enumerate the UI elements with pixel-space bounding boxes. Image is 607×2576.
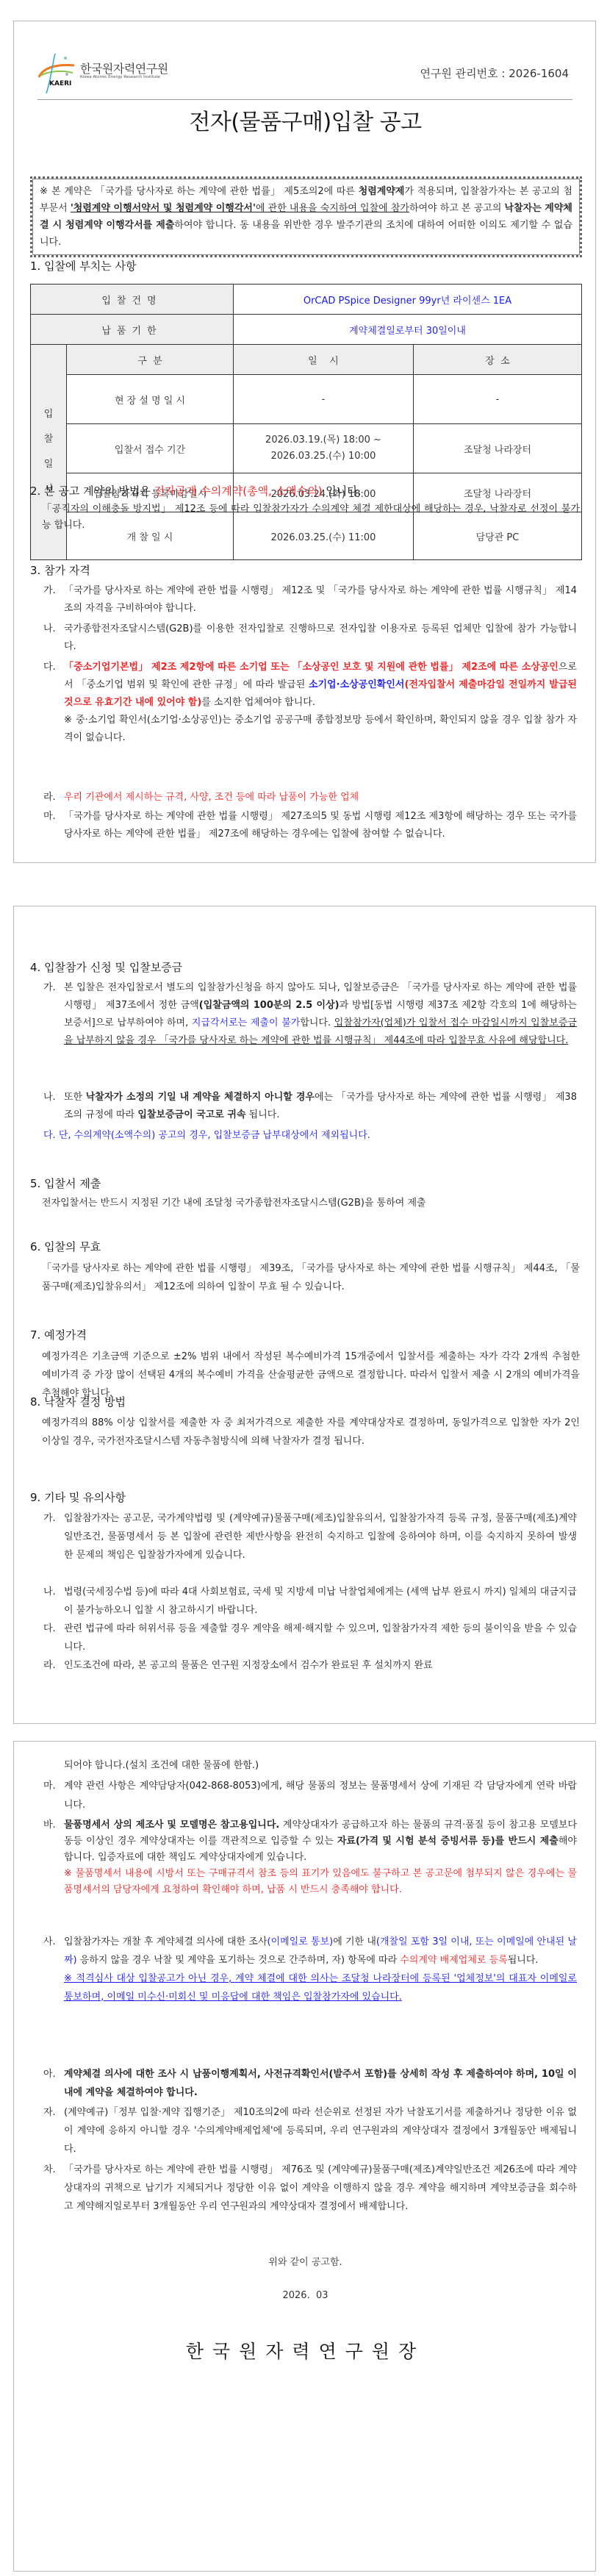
section-9-item-cha: 차. 「국가를 당사자로 하는 계약에 관한 법률 시행령」 제76조 및 (계…: [43, 2161, 577, 2216]
page-title: 전자(물품구매)입찰 공고: [14, 104, 597, 136]
closing-date: 2026. 03: [14, 2290, 597, 2301]
section-6-body: 「국가를 당사자로 하는 계약에 관한 법률 시행령」 제39조, 「국가를 당…: [42, 1259, 580, 1296]
item-marker: 바.: [43, 1817, 56, 1833]
plain-text: 됩니다.: [508, 1955, 539, 1966]
page-3: 되어야 합니다.(설치 조건에 대한 물품에 한함.) 마. 계약 관련 사항은…: [13, 1741, 596, 2572]
header-divider: [37, 99, 572, 100]
bold-text: (입찰금액의 100분의 2.5 이상): [199, 1000, 340, 1011]
plain-text: 합니다.: [300, 1017, 334, 1028]
section-8-body: 예정가격의 88% 이상 입찰서를 제출한 자 중 최저가격으로 제출한 자를 …: [42, 1414, 580, 1450]
page-1: KAERI 한국원자력연구원 Korea Atomic Energy Resea…: [13, 21, 596, 863]
section-2-heading: 2. 본 공고 계약의 방법은 전자공개 수의계약(총액, 소액수의) 입니다.: [30, 483, 361, 498]
logo-abbr: KAERI: [49, 80, 71, 87]
red-text: 수의계약 배제업체로 등록: [400, 1955, 507, 1966]
heading-text: 2. 본 공고 계약의 방법은: [30, 484, 154, 498]
section-3-item-na: 나. 국가종합전자조달시스템(G2B)를 이용한 전자입찰로 진행하므로 전자입…: [43, 620, 577, 656]
section-3-item-ma: 마. 「국가를 당사자로 하는 계약에 관한 법률 시행령」 제27조의5 및 …: [43, 808, 577, 843]
section-3-item-ra: 라. 우리 기관에서 제시하는 규격, 사양, 조건 등에 따라 납품이 가능한…: [43, 789, 577, 806]
notice-bold-text: 청렴계약제: [359, 186, 405, 197]
row-datetime-start: 2026.03.19.(목) 18:00 ~: [265, 434, 381, 446]
item-marker: 라.: [43, 1656, 56, 1675]
item-note: ※ 물품명세서 내용에 시방서 또는 구매규격서 참조 등의 표기가 있음에도 …: [64, 1866, 577, 1898]
section-4-item-da: 다. 단, 수의계약(소액수의) 공고의 경우, 입찰보증금 납부대상에서 제외…: [43, 1127, 577, 1145]
row-datetime-end: 2026.03.25.(수) 10:00: [271, 451, 376, 462]
blue-text: 지급각서로는 제출이 불가: [192, 1017, 300, 1028]
row-place: -: [414, 375, 582, 424]
row-datetime: 2026.03.19.(목) 18:00 ~ 2026.03.25.(수) 10…: [234, 424, 414, 473]
section-9-item-ja: 자. (계약예규)「정부 입찰·계약 집행기준」 제10조의2에 따라 선순위로…: [43, 2103, 577, 2158]
item-marker: 나.: [43, 620, 56, 638]
col-header-category: 구 분: [67, 345, 234, 375]
notice-text: ※ 본 계약은 「국가를 당사자로 하는 계약에 관한 법률」 제5조의2에 따…: [40, 186, 359, 197]
item-marker: 사.: [43, 1933, 56, 1951]
item-text: 본 입찰은 전자입찰로서 별도의 입찰참가신청을 하지 않아도 되나, 입찰보증…: [64, 979, 577, 1050]
plain-text: 또한: [64, 1092, 86, 1103]
plain-text: 입찰참가자는 개찰 후 계약체결 의사에 대한 조사: [64, 1936, 267, 1947]
plain-text: 응하지 않을 경우 낙찰 및 계약을 포기하는 것으로 간주하며, 자) 항목에…: [77, 1955, 401, 1966]
page-2: 4. 입찰참가 신청 및 입찰보증금 가. 본 입찰은 전자입찰로서 별도의 입…: [13, 906, 596, 1724]
item-text: 다. 단, 수의계약(소액수의) 공고의 경우, 입찰보증금 납부대상에서 제외…: [43, 1127, 577, 1145]
notice-underlined-text: 에 관한 내용을 숙지하여 입찰에 참가: [256, 203, 409, 214]
logo-korean-name: 한국원자력연구원: [80, 60, 168, 76]
item-marker: 다.: [43, 1620, 56, 1638]
section-9-item-a: 아. 계약체결 의사에 대한 조사 시 납품이행계획서, 사전규격확인서(발주서…: [43, 2065, 577, 2102]
item-text: 법령(국세징수법 등)에 따라 4대 사회보험료, 국세 및 지방세 미납 낙찰…: [64, 1583, 577, 1620]
item-text: 우리 기관에서 제시하는 규격, 사양, 조건 등에 따라 납품이 가능한 업체: [64, 789, 577, 806]
item-text: (계약예규)「정부 입찰·계약 집행기준」 제10조의2에 따라 선순위로 선정…: [64, 2103, 577, 2158]
row-category: 입찰서 접수 기간: [67, 424, 234, 473]
blue-text: 단, 수의계약(소액수의) 공고의 경우, 입찰보증금 납부대상에서 제외됩니다…: [59, 1130, 370, 1141]
side-char: 입: [44, 409, 54, 420]
col-header-datetime: 일 시: [234, 345, 414, 375]
section-3-heading: 3. 참가 자격: [30, 562, 90, 578]
section-3-item-ga: 가. 「국가를 당사자로 하는 계약에 관한 법률 시행령」 제12조 및 「국…: [43, 582, 577, 618]
item-marker: 아.: [43, 2065, 56, 2083]
item-marker: 나.: [43, 1583, 56, 1601]
bid-name-label: 입찰건명: [31, 285, 234, 315]
side-char: 일: [44, 459, 54, 470]
item-marker: 가.: [43, 582, 56, 600]
section-9-item-da: 다. 관련 법규에 따라 허위서류 등을 제출할 경우 계약을 해제·해지할 수…: [43, 1620, 577, 1656]
item-marker: 마.: [43, 1777, 56, 1796]
section-9-item-na: 나. 법령(국세징수법 등)에 따라 4대 사회보험료, 국세 및 지방세 미납…: [43, 1583, 577, 1620]
section-6-heading: 6. 입찰의 무효: [30, 1239, 101, 1254]
item-marker: 차.: [43, 2161, 56, 2179]
section-4-item-na: 나. 또한 낙찰자가 소정의 기일 내 계약을 체결하지 아니할 경우에는 「국…: [43, 1089, 577, 1124]
item-note: ※ 중·소기업 확인서(소기업·소상공인)는 중소기업 공공구매 종합정보망 등…: [64, 712, 577, 747]
section-1-heading: 1. 입찰에 부치는 사항: [30, 258, 137, 273]
section-4-item-ga: 가. 본 입찰은 전자입찰로서 별도의 입찰참가신청을 하지 않아도 되나, 입…: [43, 979, 577, 1050]
item-text: 입찰참가자는 공고문, 국가계약법령 및 (계약예규)물품구매(제조)입찰유의서…: [64, 1509, 577, 1564]
delivery-deadline-label: 납품기한: [31, 315, 234, 345]
item-text: 「국가를 당사자로 하는 계약에 관한 법률 시행령」 제27조의5 및 동법 …: [64, 808, 577, 843]
red-text: 「중소기업기본법」 제2조 제2항에 따른 소기업 또는 「소상공인 보호 및 …: [64, 662, 558, 673]
row-place: 조달청 나라장터: [414, 424, 582, 473]
item-marker: 가.: [43, 979, 56, 997]
section-9-heading: 9. 기타 및 유의사항: [30, 1489, 126, 1505]
bold-text: 입찰보증금이 국고로 귀속: [137, 1109, 245, 1120]
table-row: 현 장 설 명 일 시 - -: [31, 375, 582, 424]
row-datetime: -: [234, 375, 414, 424]
section-9-item-ra-continued: 되어야 합니다.(설치 조건에 대한 물품에 한함.): [43, 1756, 577, 1775]
heading-text: 입니다.: [322, 484, 361, 498]
bold-text: 낙찰자가 소정의 기일 내 계약을 체결하지 아니할 경우: [86, 1092, 315, 1103]
item-marker: 마.: [43, 808, 56, 826]
item-text: 「중소기업기본법」 제2조 제2항에 따른 소기업 또는 「소상공인 보호 및 …: [64, 659, 577, 712]
blue-text: (이메일로 통보): [267, 1936, 334, 1947]
item-text: 인도조건에 따라, 본 공고의 물품은 연구원 지정장소에서 검수가 완료된 후…: [64, 1656, 577, 1675]
logo-english-name: Korea Atomic Energy Research Institute: [80, 75, 160, 79]
delivery-deadline-value: 계약체결일로부터 30일이내: [234, 315, 582, 345]
section-2-body: 「공직자의 이해충돌 방지법」 제12조 등에 따라 입찰참가자가 수의계약 체…: [42, 501, 580, 534]
section-4-heading: 4. 입찰참가 신청 및 입찰보증금: [30, 959, 182, 975]
item-text: 계약체결 의사에 대한 조사 시 납품이행계획서, 사전규격확인서(발주서 포함…: [64, 2065, 577, 2102]
item-marker: 다.: [43, 659, 56, 676]
item-marker: 다.: [43, 1130, 56, 1141]
item-text: 되어야 합니다.(설치 조건에 대한 물품에 한함.): [64, 1756, 577, 1775]
item-text: 「국가를 당사자로 하는 계약에 관한 법률 시행령」 제12조 및 「국가를 …: [64, 582, 577, 618]
plain-text: 됩니다.: [246, 1109, 280, 1120]
integrity-contract-notice: ※ 본 계약은 「국가를 당사자로 하는 계약에 관한 법률」 제5조의2에 따…: [30, 176, 582, 257]
item-marker: 라.: [43, 789, 56, 806]
section-3-item-da: 다. 「중소기업기본법」 제2조 제2항에 따른 소기업 또는 「소상공인 보호…: [43, 659, 577, 747]
plain-text: 를 소지한 업체여야 합니다.: [201, 697, 315, 708]
kaeri-logo: KAERI 한국원자력연구원 Korea Atomic Energy Resea…: [36, 51, 190, 95]
closing-statement: 위와 같이 공고함.: [14, 2254, 597, 2268]
item-text: 물품명세서 상의 제조사 및 모델명은 참고용입니다. 계약상대자가 공급하고자…: [64, 1817, 577, 1866]
blue-text: 소기업·소상공인확인서: [309, 679, 405, 690]
signatory-organization: 한국원자력연구원장: [14, 2337, 597, 2364]
atom-logo-icon: [36, 51, 77, 95]
notice-text: 하여야 하고 본 공고의: [409, 203, 505, 214]
item-marker: 가.: [43, 1509, 56, 1528]
section-5-heading: 5. 입찰서 제출: [30, 1176, 101, 1191]
heading-red-text: 전자공개 수의계약(총액, 소액수의): [154, 484, 323, 498]
bold-text: 자료(가격 및 시험 분석 증빙서류 등)를 반드시 제출: [337, 1836, 558, 1847]
table-row: 입찰서 접수 기간 2026.03.19.(목) 18:00 ~ 2026.03…: [31, 424, 582, 473]
bid-name-value: OrCAD PSpice Designer 99yr년 라이센스 1EA: [234, 285, 582, 315]
plain-text: 에 기한 내: [333, 1936, 376, 1947]
row-category: 현 장 설 명 일 시: [67, 375, 234, 424]
item-note: ※ 적격심사 대상 입찰공고가 아닌 경우, 계약 체결에 대한 의사는 조달청…: [64, 1969, 577, 2006]
section-7-heading: 7. 예정가격: [30, 1327, 87, 1342]
bold-text: 물품명세서 상의 제조사 및 모델명은 참고용입니다.: [64, 1820, 279, 1831]
item-text: 또한 낙찰자가 소정의 기일 내 계약을 체결하지 아니할 경우에는 「국가를 …: [64, 1089, 577, 1124]
section-9-item-sa: 사. 입찰참가자는 개찰 후 계약체결 의사에 대한 조사(이메일로 통보)에 …: [43, 1933, 577, 2006]
item-text: 「국가를 당사자로 하는 계약에 관한 법률 시행령」 제76조 및 (계약예규…: [64, 2161, 577, 2216]
section-9-item-ra: 라. 인도조건에 따라, 본 공고의 물품은 연구원 지정장소에서 검수가 완료…: [43, 1656, 577, 1675]
section-9-item-ma: 마. 계약 관련 사항은 계약담당자(042-868-8053)에게, 해당 물…: [43, 1777, 577, 1815]
section-9-item-ba: 바. 물품명세서 상의 제조사 및 모델명은 참고용입니다. 계약상대자가 공급…: [43, 1817, 577, 1898]
item-marker: 자.: [43, 2103, 56, 2122]
section-9-item-ga: 가. 입찰참가자는 공고문, 국가계약법령 및 (계약예규)물품구매(제조)입찰…: [43, 1509, 577, 1564]
item-text: 계약 관련 사항은 계약담당자(042-868-8053)에게, 해당 물품의 …: [64, 1777, 577, 1815]
item-text: 입찰참가자는 개찰 후 계약체결 의사에 대한 조사(이메일로 통보)에 기한 …: [64, 1933, 577, 1969]
notice-underlined-text: '청렴계약 이행서약서 및 청렴계약 이행각서': [71, 203, 256, 214]
section-8-heading: 8. 낙찰자 결정 방법: [30, 1394, 126, 1409]
item-marker: 나.: [43, 1089, 56, 1106]
section-5-body: 전자입찰서는 반드시 지정된 기간 내에 조달청 국가종합전자조달시스템(G2B…: [42, 1195, 580, 1212]
side-char: 찰: [44, 434, 54, 445]
col-header-place: 장 소: [414, 345, 582, 375]
management-number: 연구원 관리번호 : 2026-1604: [420, 65, 569, 81]
item-text: 국가종합전자조달시스템(G2B)를 이용한 전자입찰로 진행하므로 전자입찰 이…: [64, 620, 577, 656]
item-text: 관련 법규에 따라 허위서류 등을 제출할 경우 계약을 해제·해지할 수 있으…: [64, 1620, 577, 1656]
